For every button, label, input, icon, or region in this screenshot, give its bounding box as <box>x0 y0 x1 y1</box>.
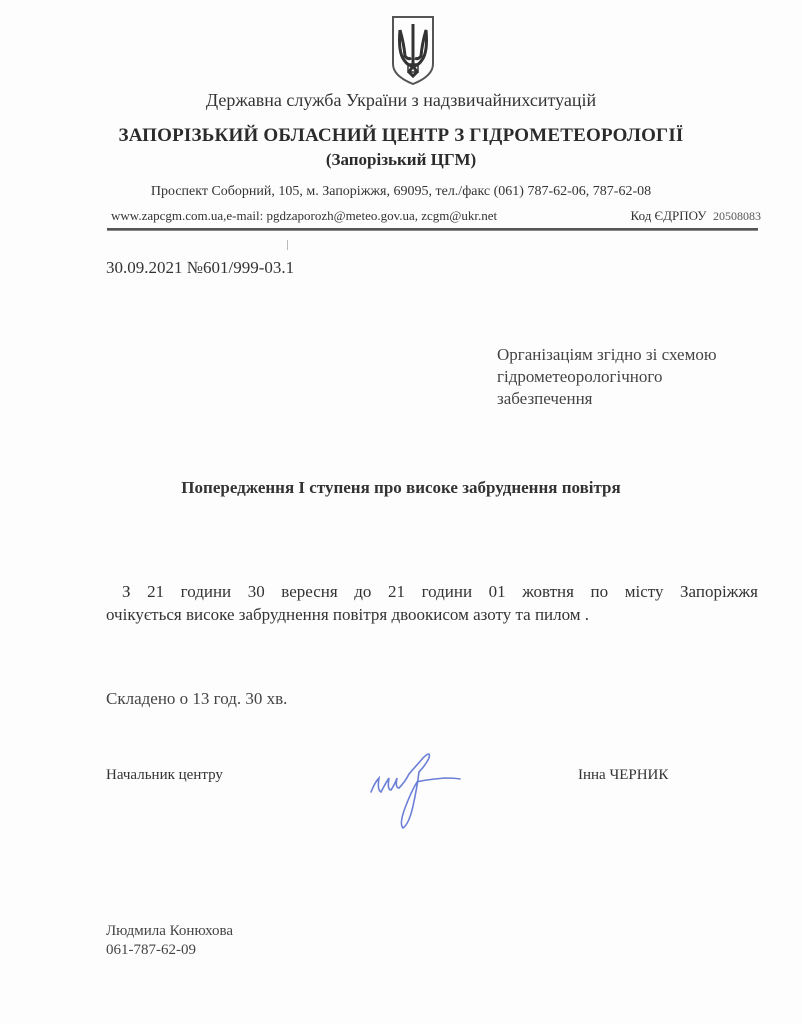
addressee: Організаціям згідно зі схемою гідрометео… <box>497 344 767 410</box>
compiled-time: Складено о 13 год. 30 хв. <box>106 689 287 709</box>
body-line: очікується високе забруднення повітря дв… <box>106 605 589 624</box>
contacts-web-email: www.zapcgm.com.ua,e-mail: pgdzaporozh@me… <box>111 208 497 223</box>
agency-name: Державна служба України з надзвичайнихси… <box>0 90 802 111</box>
handwritten-signature <box>365 748 465 833</box>
trident-coat-of-arms-icon <box>388 14 438 86</box>
addressee-line: забезпечення <box>497 388 767 410</box>
contact-person-phone: 061-787-62-09 <box>106 942 196 959</box>
scan-mark <box>287 240 291 250</box>
edrpou-value: 20508083 <box>713 209 761 223</box>
contact-person-name: Людмила Конюхова <box>106 923 233 940</box>
letterhead-divider <box>107 228 758 231</box>
organization-name: ЗАПОРІЗЬКИЙ ОБЛАСНИЙ ЦЕНТР З ГІДРОМЕТЕОР… <box>0 125 802 147</box>
organization-address: Проспект Соборний, 105, м. Запоріжжя, 69… <box>0 184 802 200</box>
addressee-line: гідрометеорологічного <box>497 366 767 388</box>
organization-contacts: www.zapcgm.com.ua,e-mail: pgdzaporozh@me… <box>111 208 761 224</box>
addressee-line: Організаціям згідно зі схемою <box>497 344 767 366</box>
edrpou-code: Код ЄДРПОУ 20508083 <box>631 208 761 224</box>
document-subject: Попередження І ступеня про високе забруд… <box>0 478 802 498</box>
body-line: З 21 години 30 вересня до 21 години 01 ж… <box>106 580 758 603</box>
edrpou-label: Код ЄДРПОУ <box>631 208 707 223</box>
signatory-role: Начальник центру <box>106 767 223 784</box>
document-body: З 21 години 30 вересня до 21 години 01 ж… <box>106 580 758 626</box>
signatory-name: Інна ЧЕРНИК <box>578 767 668 784</box>
document-date-number: 30.09.2021 №601/999-03.1 <box>106 258 294 278</box>
organization-short-name: (Запорізький ЦГМ) <box>0 150 802 170</box>
